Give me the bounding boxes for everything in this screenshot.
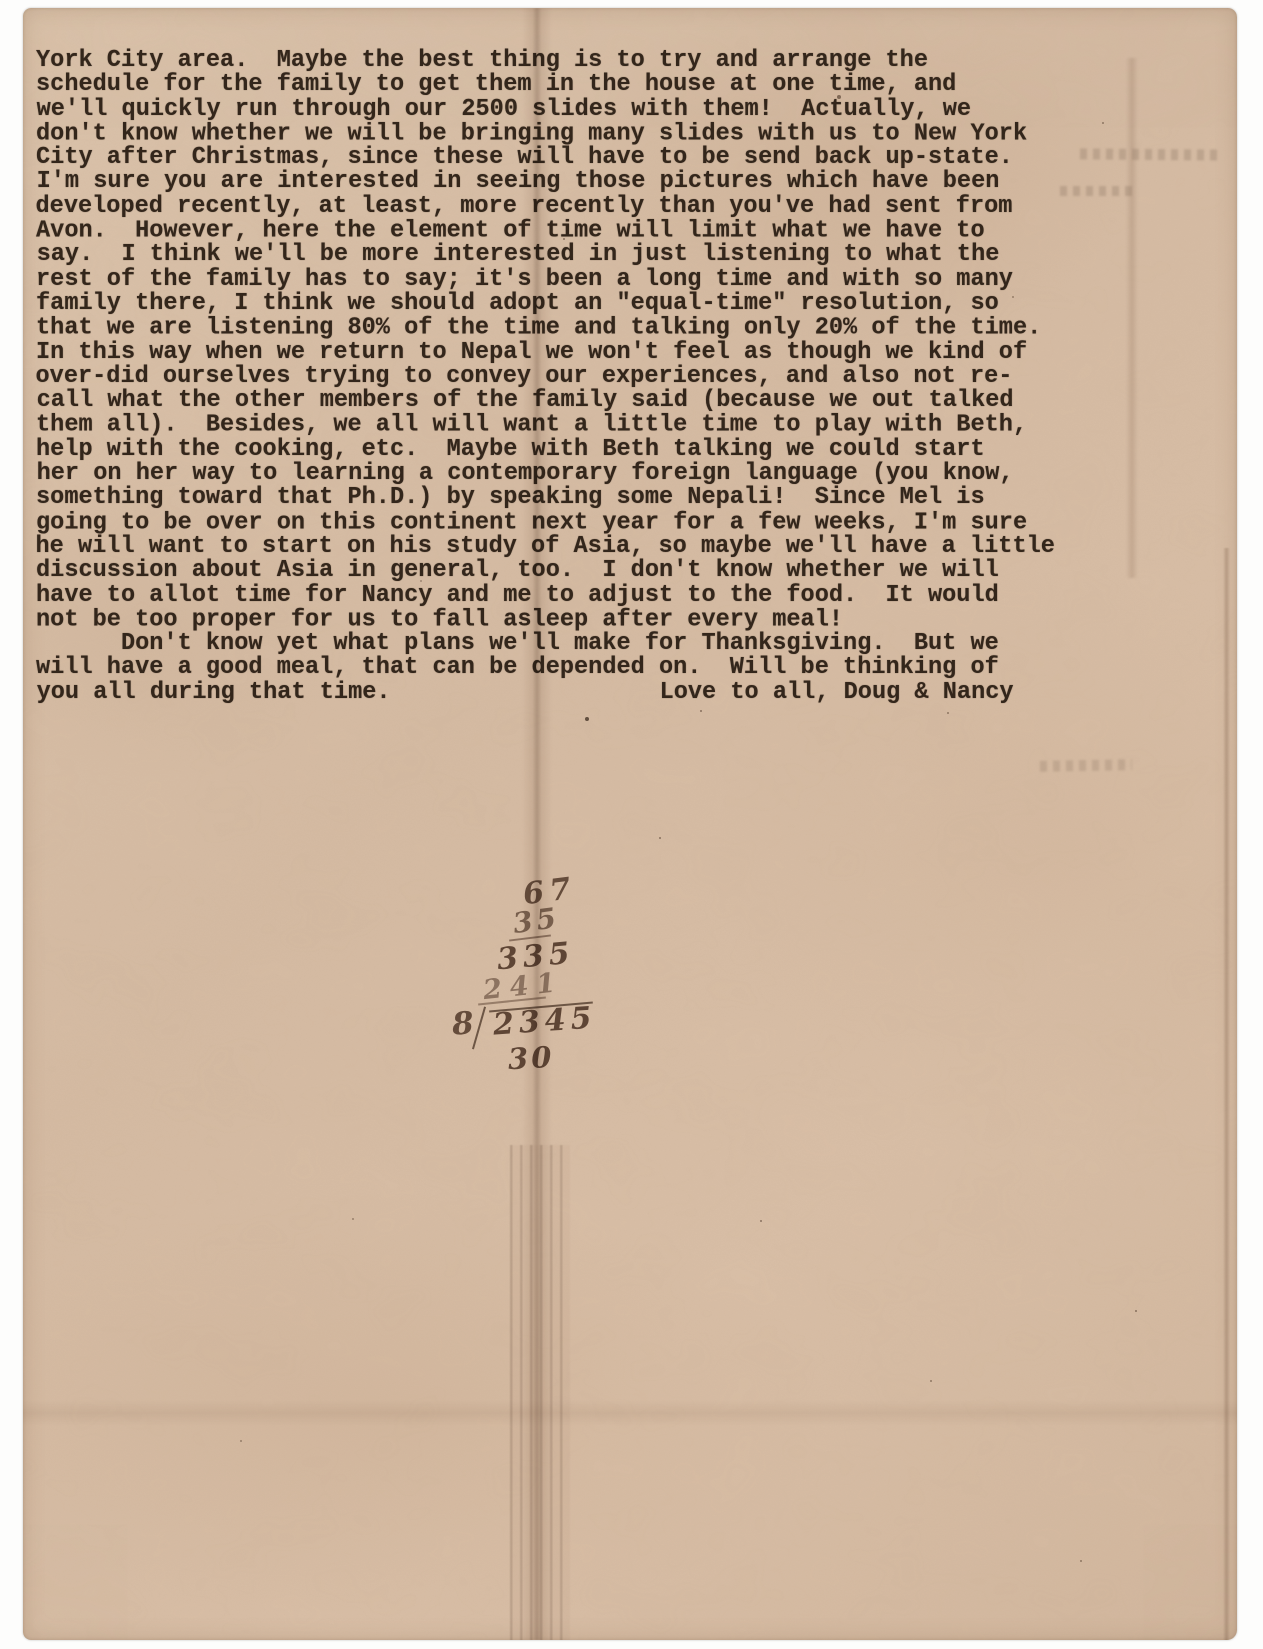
- letter-line: rest of the family has to say; it's been…: [36, 268, 1126, 292]
- letter-line: help with the cooking, etc. Maybe with B…: [36, 438, 1126, 462]
- handwritten-underline: [478, 996, 546, 1005]
- letter-line: going to be over on this continent next …: [36, 511, 1126, 535]
- letter-line: have to allot time for Nancy and me to a…: [36, 584, 1126, 608]
- letter-line: he will want to start on his study of As…: [36, 535, 1126, 559]
- letter-line: that we are listening 80% of the time an…: [36, 317, 1126, 341]
- letter-line: discussion about Asia in general, too. I…: [36, 559, 1126, 583]
- handwritten-number: 30: [507, 1040, 555, 1076]
- fold-crease-bottom: [510, 1145, 570, 1640]
- ink-bleed-through-mark: [1040, 759, 1132, 772]
- handwritten-number: 35: [511, 901, 562, 940]
- letter-line signature-line: you all during that time. Love to all, D…: [37, 681, 1127, 705]
- letter-line: we'll quickly run through our 2500 slide…: [37, 98, 1127, 122]
- handwritten-number: 8: [451, 1005, 475, 1042]
- letter-line: don't know whether we will be bringing m…: [36, 122, 1126, 146]
- letter-line: family there, I think we should adopt an…: [36, 292, 1126, 316]
- letter-line: developed recently, at least, more recen…: [36, 195, 1126, 219]
- division-bracket-line: [489, 1001, 593, 1012]
- paper-sheet: York City area. Maybe the best thing is …: [23, 8, 1237, 1640]
- letter-line: her on her way to learning a contemporar…: [37, 462, 1127, 486]
- letter-line: schedule for the family to get them in t…: [36, 73, 1126, 97]
- letter-line: Avon. However, here the element of time …: [36, 219, 1126, 243]
- letter-body: York City area. Maybe the best thing is …: [36, 49, 1126, 705]
- letter-line: In this way when we return to Nepal we w…: [36, 341, 1126, 365]
- letter-line: I'm sure you are interested in seeing th…: [37, 170, 1127, 194]
- handwritten-underline: [509, 934, 551, 941]
- letter-line: call what the other members of the famil…: [37, 389, 1127, 413]
- letter-line: Don't know yet what plans we'll make for…: [36, 632, 1126, 656]
- handwritten-number: 67: [521, 871, 579, 912]
- letter-line: over-did ourselves trying to convey our …: [36, 365, 1126, 389]
- scanned-letter-page: York City area. Maybe the best thing is …: [0, 0, 1263, 1649]
- letter-line: say. I think we'll be more interested in…: [37, 243, 1127, 267]
- paper-edge-crease: [1223, 548, 1230, 1640]
- fold-crease-horizontal: [23, 1400, 1237, 1426]
- letter-line: will have a good meal, that can be depen…: [36, 656, 1126, 680]
- division-bracket-slash: [472, 1007, 486, 1050]
- letter-line: not be too proper for us to fall asleep …: [36, 608, 1126, 632]
- letter-line: something toward that Ph.D.) by speaking…: [36, 486, 1126, 510]
- handwritten-number: 2345: [492, 1000, 598, 1042]
- letter-line: York City area. Maybe the best thing is …: [36, 49, 1126, 73]
- letter-line: them all). Besides, we all will want a l…: [36, 414, 1126, 438]
- fold-crease-right: [1126, 58, 1138, 578]
- handwritten-number: 335: [496, 936, 576, 978]
- handwritten-number: 241: [482, 967, 565, 1006]
- dust-specks: [23, 8, 25, 10]
- letter-line: City after Christmas, since these will h…: [36, 146, 1126, 170]
